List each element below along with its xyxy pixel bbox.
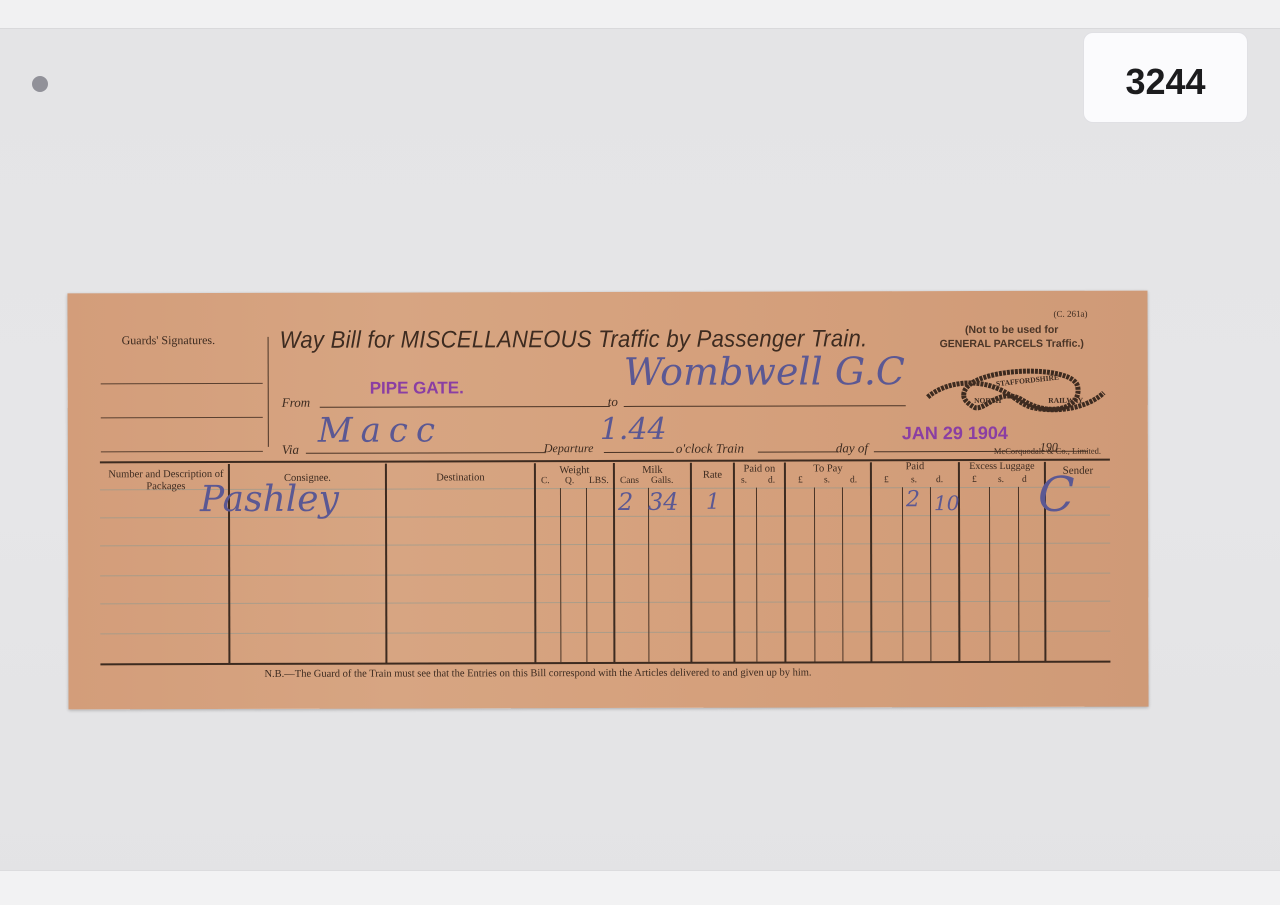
col-divider xyxy=(690,463,693,663)
signature-line-1 xyxy=(101,383,263,384)
milk-cans-value: 2 xyxy=(618,488,633,516)
way-bill-document: Guards' Signatures. Way Bill for MISCELL… xyxy=(67,291,1148,710)
header-rate: Rate xyxy=(692,470,733,482)
subheader-lbs: LBS. xyxy=(589,476,609,486)
railway-knot-logo: STAFFORDSHIRE NORTH RAILWAY xyxy=(924,357,1110,426)
from-line xyxy=(320,406,610,408)
via-line xyxy=(306,452,546,454)
catalog-number-label: 3244 xyxy=(1083,32,1248,123)
col-divider xyxy=(534,463,537,663)
header-destination: Destination xyxy=(387,472,534,484)
guards-signatures-label: Guards' Signatures. xyxy=(122,333,216,348)
to-handwritten: Wombwell G.C xyxy=(624,349,905,394)
table-bottom-rule xyxy=(100,661,1110,666)
to-line xyxy=(624,405,906,407)
printer-credit: McCorquodale & Co., Limited. xyxy=(994,446,1101,456)
via-handwritten: Macc xyxy=(318,410,443,450)
notice-line-2: GENERAL PARCELS Traffic.) xyxy=(940,337,1084,351)
sleeve-top-edge xyxy=(0,0,1280,29)
subheader-s: s. xyxy=(998,475,1004,485)
from-stamp: PIPE GATE. xyxy=(370,378,464,398)
from-label: From xyxy=(282,395,310,411)
subcol-divider xyxy=(989,487,990,661)
paid-pence-value: 10 xyxy=(934,491,960,515)
to-label: to xyxy=(608,394,618,410)
header-excess-luggage: Excess Luggage xyxy=(958,461,1046,473)
oclock-label: o'clock Train xyxy=(676,441,744,457)
col-divider xyxy=(870,462,873,662)
header-paid: Paid xyxy=(872,461,958,473)
milk-galls-value: 34 xyxy=(648,488,679,516)
train-line xyxy=(758,451,838,452)
subheader-s: s. xyxy=(824,475,830,485)
col-divider xyxy=(784,463,787,663)
notice-line-1: (Not to be used for xyxy=(940,323,1084,337)
subheader-cans: Cans xyxy=(620,476,639,486)
signature-line-2 xyxy=(101,417,263,418)
staffordshire-knot-icon: STAFFORDSHIRE NORTH RAILWAY xyxy=(924,357,1110,421)
via-label: Via xyxy=(282,442,299,458)
brace-divider xyxy=(268,337,275,447)
header-paid-on: Paid on xyxy=(735,464,784,476)
subheader-d: d. xyxy=(936,475,943,485)
departure-label: Departure xyxy=(544,441,594,456)
col-divider xyxy=(613,463,616,663)
paid-shillings-value: 2 xyxy=(906,487,920,512)
day-of-label: day of xyxy=(836,440,868,456)
rate-value: 1 xyxy=(706,490,720,515)
usage-notice: (Not to be used for GENERAL PARCELS Traf… xyxy=(940,323,1084,351)
subheader-s: s. xyxy=(741,476,747,486)
signature-line-3 xyxy=(101,451,263,452)
subheader-pound: £ xyxy=(972,475,977,485)
punch-hole xyxy=(32,76,48,92)
svg-text:NORTH: NORTH xyxy=(974,396,1001,405)
col-divider xyxy=(733,463,736,663)
subheader-pound: £ xyxy=(798,475,803,485)
header-to-pay: To Pay xyxy=(786,463,870,475)
subheader-d: d xyxy=(1022,475,1027,485)
subheader-cwt: C. xyxy=(541,476,550,486)
consignee-handwritten: Pashley xyxy=(200,479,339,520)
subheader-galls: Galls. xyxy=(651,476,673,486)
departure-handwritten: 1.44 xyxy=(600,412,667,447)
departure-line xyxy=(604,452,674,453)
subheader-qtr: Q. xyxy=(565,476,574,486)
sleeve-bottom-edge xyxy=(0,870,1280,905)
subheader-d: d. xyxy=(850,475,857,485)
form-number: (C. 261a) xyxy=(1054,309,1088,319)
guard-notice-footer: N.B.—The Guard of the Train must see tha… xyxy=(264,667,811,679)
subheader-s: s. xyxy=(911,475,917,485)
subheader-d: d. xyxy=(768,476,775,486)
svg-text:RAILWAY: RAILWAY xyxy=(1048,396,1083,405)
subheader-pound: £ xyxy=(884,475,889,485)
date-stamp: JAN 29 1904 xyxy=(902,423,1008,444)
sender-handwritten: C xyxy=(1038,467,1075,523)
col-divider xyxy=(385,464,388,664)
